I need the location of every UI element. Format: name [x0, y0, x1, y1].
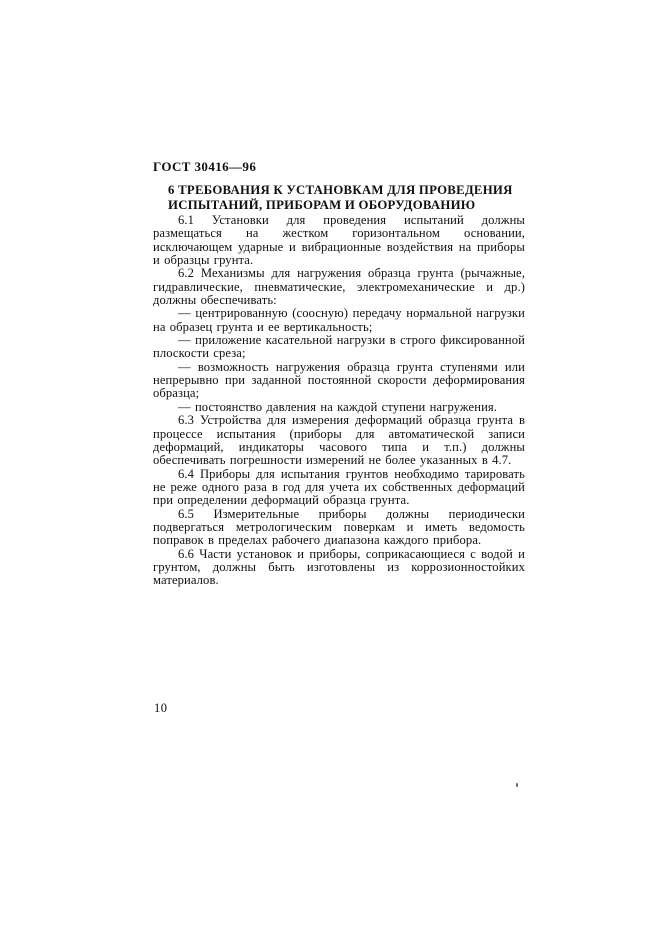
paragraph-6-4: 6.4 Приборы для испытания грунтов необхо… [153, 468, 525, 508]
paragraph-6-1: 6.1 Установки для проведения испытаний д… [153, 214, 525, 267]
section-heading-line-1: 6 ТРЕБОВАНИЯ К УСТАНОВКАМ ДЛЯ ПРОВЕДЕНИЯ [168, 183, 528, 198]
paragraph-6-5: 6.5 Измерительные приборы должны периоди… [153, 508, 525, 548]
standard-number-header: ГОСТ 30416—96 [153, 159, 256, 175]
document-page: ГОСТ 30416—96 6 ТРЕБОВАНИЯ К УСТАНОВКАМ … [0, 0, 661, 935]
list-item-dash-4: — постоянство давления на каждой ступени… [153, 401, 525, 414]
section-heading-line-2: ИСПЫТАНИЙ, ПРИБОРАМ И ОБОРУДОВАНИЮ [168, 198, 528, 213]
page-number: 10 [154, 701, 168, 716]
paragraph-6-3: 6.3 Устройства для измерения деформаций … [153, 414, 525, 467]
list-item-dash-1: — центрированную (соосную) передачу норм… [153, 307, 525, 334]
list-item-dash-2: — приложение касательной нагрузки в стро… [153, 334, 525, 361]
section-body: 6.1 Установки для проведения испытаний д… [153, 214, 525, 588]
section-heading: 6 ТРЕБОВАНИЯ К УСТАНОВКАМ ДЛЯ ПРОВЕДЕНИЯ… [168, 183, 528, 213]
paragraph-6-6: 6.6 Части установок и приборы, соприкаса… [153, 548, 525, 588]
list-item-dash-3: — возможность нагружения образца грунта … [153, 361, 525, 401]
scan-artifact-dot [516, 783, 518, 787]
paragraph-6-2: 6.2 Механизмы для нагружения образца гру… [153, 267, 525, 307]
